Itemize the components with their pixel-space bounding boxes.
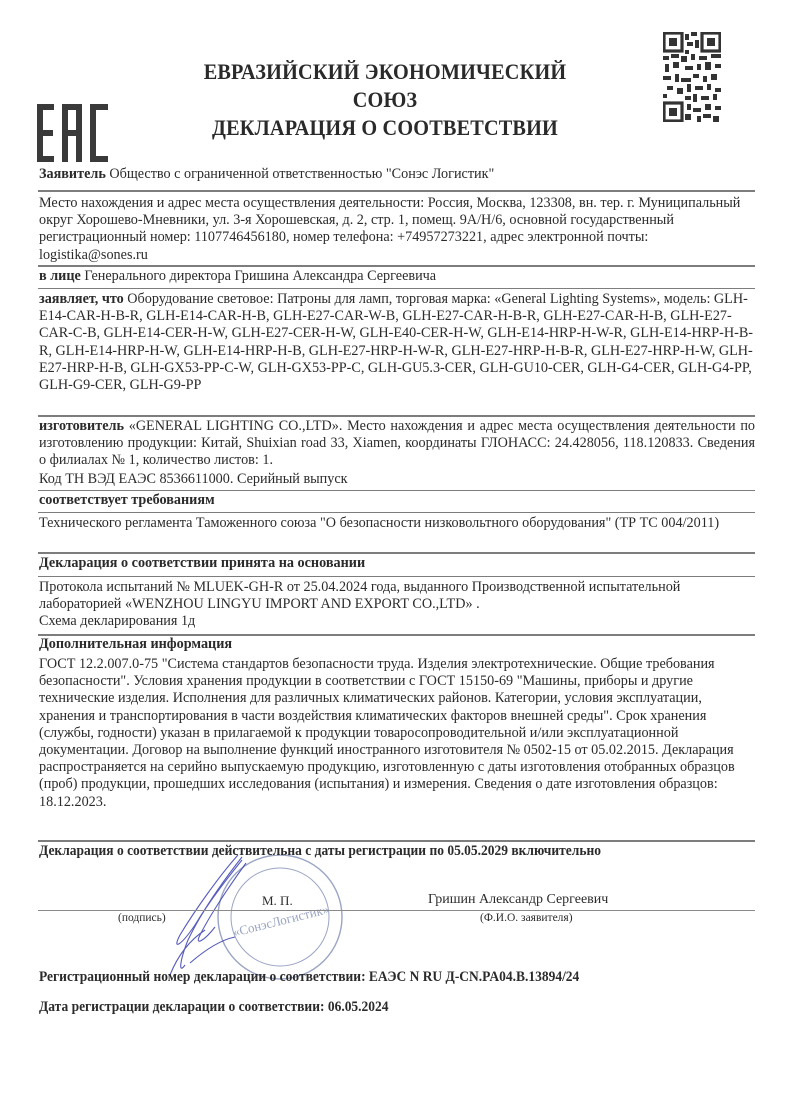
declaration-page: ЕВРАЗИЙСКИЙ ЭКОНОМИЧЕСКИЙ СОЮЗ ДЕКЛАРАЦИ…: [0, 0, 792, 1120]
signature-line: [38, 910, 755, 911]
represented-by-section: в лице Генерального директора Гришина Ал…: [39, 268, 755, 285]
additional-label: Дополнительная информация: [39, 636, 755, 653]
conforms-label: соответствует требованиям: [39, 492, 755, 509]
basis-value-section: Протокола испытаний № MLUEK-GH-R от 25.0…: [39, 579, 755, 631]
hs-code-section: Код ТН ВЭД ЕАЭС 8536611000. Серийный вып…: [39, 471, 755, 488]
registration-number: Регистрационный номер декларации о соотв…: [39, 968, 579, 986]
declares-section: заявляет, что Оборудование световое: Пат…: [39, 291, 755, 394]
eac-logo: [37, 104, 109, 162]
conforms-value-section: Технического регламента Таможенного союз…: [39, 515, 755, 532]
stamp-and-signature: «СонэсЛогистик»: [150, 855, 400, 985]
divider: [38, 265, 755, 267]
declares-value: Оборудование световое: Патроны для ламп,…: [39, 291, 753, 393]
divider: [38, 288, 755, 289]
registration-date: Дата регистрации декларации о соответств…: [39, 998, 389, 1016]
additional-value-section: ГОСТ 12.2.007.0-75 "Система стандартов б…: [39, 656, 755, 811]
applicant-section: Заявитель Общество с ограниченной ответс…: [39, 166, 755, 183]
conforms-section: соответствует требованиям: [39, 492, 755, 509]
manufacturer-value: «GENERAL LIGHTING CO.,LTD». Место нахожд…: [39, 418, 755, 468]
divider: [38, 512, 755, 513]
declares-label: заявляет, что: [39, 291, 124, 307]
conforms-value: Технического регламента Таможенного союз…: [39, 515, 755, 532]
title-line-declaration: ДЕКЛАРАЦИЯ О СООТВЕТСТВИИ: [169, 114, 601, 142]
additional-section: Дополнительная информация: [39, 636, 755, 653]
document-title: ЕВРАЗИЙСКИЙ ЭКОНОМИЧЕСКИЙ СОЮЗ ДЕКЛАРАЦИ…: [169, 58, 601, 142]
signature-caption: (подпись): [118, 912, 166, 924]
signer-name: Гришин Александр Сергеевич: [428, 892, 608, 908]
address-section: Место нахождения и адрес места осуществл…: [39, 195, 755, 264]
signature-ink: [170, 855, 246, 975]
signer-caption: (Ф.И.О. заявителя): [480, 912, 573, 924]
address-text: Место нахождения и адрес места осуществл…: [39, 195, 755, 264]
divider: [38, 490, 755, 491]
basis-scheme: Схема декларирования 1д: [39, 613, 755, 630]
qr-code-icon: [663, 32, 721, 122]
basis-protocol: Протокола испытаний № MLUEK-GH-R от 25.0…: [39, 579, 755, 613]
divider: [38, 552, 755, 554]
represented-by-label: в лице: [39, 268, 81, 284]
title-line-union: ЕВРАЗИЙСКИЙ ЭКОНОМИЧЕСКИЙ СОЮЗ: [169, 58, 601, 114]
divider: [38, 576, 755, 577]
basis-section: Декларация о соответствии принята на осн…: [39, 555, 755, 572]
manufacturer-section: изготовитель «GENERAL LIGHTING CO.,LTD».…: [39, 418, 755, 470]
applicant-label: Заявитель: [39, 166, 106, 182]
additional-value: ГОСТ 12.2.007.0-75 "Система стандартов б…: [39, 656, 755, 811]
manufacturer-label: изготовитель: [39, 418, 124, 434]
hs-code-line: Код ТН ВЭД ЕАЭС 8536611000. Серийный вып…: [39, 471, 755, 488]
divider: [38, 415, 755, 417]
basis-label: Декларация о соответствии принята на осн…: [39, 555, 755, 572]
company-stamp: «СонэсЛогистик»: [218, 855, 342, 979]
stamp-label: М. П.: [262, 893, 293, 909]
divider: [38, 190, 755, 192]
applicant-value: Общество с ограниченной ответственностью…: [109, 166, 494, 182]
represented-by-value: Генерального директора Гришина Александр…: [84, 268, 436, 284]
